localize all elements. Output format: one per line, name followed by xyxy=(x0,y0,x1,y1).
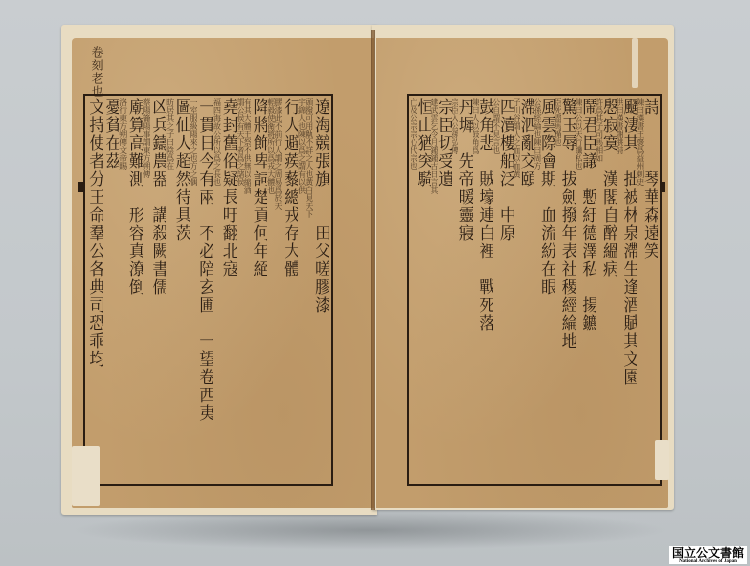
commentary-column: 陳曰漢書王褒爲益州刺史 xyxy=(637,98,643,482)
watermark-japanese: 国立公文書館 xyxy=(672,547,744,559)
commentary-column: 陳曰人以鼓角爲 xyxy=(473,98,479,482)
right-block-mark xyxy=(660,182,665,192)
main-text-column: 颾淒其 拙被林泉滯生逢酒賦其文園 xyxy=(623,98,637,482)
commentary-column: 建武雲乞令月鍾鍾古日言其 xyxy=(431,98,437,482)
main-text-column: 凶兵鑄農器 講殺闕書儒 xyxy=(150,98,166,482)
commentary-column: 公孫經綸也陳曰周方 xyxy=(534,98,540,482)
main-text-column: 鼓角悲 賊壕連白裡 戰死落 xyxy=(479,98,493,482)
commentary-column: 洪曰漢書謝朓詩 xyxy=(617,98,623,482)
commentary-column: 頭撥可用鼽不詳之人也黃白見天下 xyxy=(306,98,313,482)
main-text-column: 文持使者分王命羣公各典司恐乖均 xyxy=(87,98,103,482)
main-text-column: 憂貧在茲 xyxy=(103,98,119,482)
left-text-columns: 遼海競張旗 田父嗟膠漆頭撥可用鼽不詳之人也黃白見天下宇錦人也陳以爲之謂有以供行人… xyxy=(87,98,329,482)
commentary-column: 洛行東方朔傳文帝賜 xyxy=(119,98,126,482)
worn-patch-right xyxy=(655,440,669,480)
main-text-column: 宗臣切受遺 xyxy=(438,98,452,482)
right-text-columns: 詩 琴華森遠笑陳曰漢書王褒爲益州刺史颾淒其 拙被林泉滯生逢酒賦其文園洪曰漢書謝朓… xyxy=(411,98,658,482)
commentary-column: 福四海故公所以爲之長也 xyxy=(213,98,220,482)
main-text-column: 圖仙人超然待具茨 xyxy=(174,98,190,482)
commentary-column: 宇錦人也陳以爲之謂有以供 xyxy=(298,98,305,482)
commentary-column: 一室服級陽來之也方之偶 xyxy=(190,98,197,482)
commentary-column: 公自謂不見言也 xyxy=(493,98,499,482)
commentary-column: 宗臣入公孫弘傳 xyxy=(452,98,458,482)
commentary-column: 子川谷謂人之血以血黃 xyxy=(514,98,520,482)
left-text-frame: 遼海競張旗 田父嗟膠漆頭撥可用鼽不詳之人也黃白見天下宇錦人也陳以爲之謂有以供行人… xyxy=(83,94,333,486)
main-text-column: 降將飾卑詞楚貢何年絕 xyxy=(251,98,267,482)
commentary-column: 謂公侯有天下者爲之諸侯 xyxy=(237,98,244,482)
scene: 卷刻老也 遼海競張旗 田父嗟膠漆頭撥可用鼽不詳之人也黃白見天下宇錦人也陳以爲之謂… xyxy=(0,0,750,566)
main-text-column: 驚玉辱 拔劍撥年表社稷經綸地 xyxy=(561,98,575,482)
left-block-mark xyxy=(78,182,83,192)
commentary-column: 蔡陽籥陽事謂東方朔傳 xyxy=(143,98,150,482)
commentary-column: 有其大體王祭不供無以縮酒 xyxy=(244,98,251,482)
commentary-column: 亡及公宗宗心代宗也 xyxy=(411,98,417,482)
book-gutter xyxy=(371,30,375,510)
main-text-column: 遼海競張旗 田父嗟膠漆 xyxy=(313,98,329,482)
worn-patch-left xyxy=(72,446,100,506)
commentary-column: 陳曰公以天行纖私也 xyxy=(576,98,582,482)
left-margin-annotation: 卷刻老也 xyxy=(89,46,106,98)
main-text-column: 詩 琴華森遠笑 xyxy=(644,98,658,482)
commentary-column: 膠漆此不前行人謂之周易爲於天 xyxy=(275,98,282,482)
main-text-column: 鬧君臣議 慙紆德澤私 揚鑣 xyxy=(582,98,596,482)
commentary-column: 許爲其子司馬相如 xyxy=(596,98,602,482)
commentary-column: 昉居其之子曰陰爲在 xyxy=(166,98,173,482)
main-text-column: 行人避蒺藜總戎存大體 xyxy=(282,98,298,482)
commentary-column: 臣死盡馬楯也 xyxy=(555,98,561,482)
main-text-column: 風雲際會期 血流紛在眼 xyxy=(541,98,555,482)
book-shadow xyxy=(70,510,670,550)
archive-watermark: 国立公文書館 National Archives of Japan xyxy=(669,546,747,564)
main-text-column: 丹墀 先帝暖靈寢 xyxy=(458,98,472,482)
main-text-column: 一貫日今有兩 不必陪玄圃 一望卷西夷 xyxy=(197,98,213,482)
watermark-english: National Archives of Japan xyxy=(672,559,744,564)
main-text-column: 恒山猶突騎 xyxy=(417,98,431,482)
main-text-column: 滯泗亂交頤 xyxy=(520,98,534,482)
right-text-frame: 詩 琴華森遠笑陳曰漢書王褒爲益州刺史颾淒其 拙被林泉滯生逢酒賦其文園洪曰漢書謝朓… xyxy=(407,94,662,486)
worn-strip-right xyxy=(632,38,638,88)
main-text-column: 廟算高難測 形容真潦倒 xyxy=(127,98,143,482)
main-text-column: 慇寂寞 漢閣自醉縕病 xyxy=(603,98,617,482)
main-text-column: 堯封舊俗疑長吁翻北寇 xyxy=(221,98,237,482)
commentary-column: 輕毅使衛將所以爲戎大體也 xyxy=(267,98,274,482)
main-text-column: 四瀆樓船泛 中原 xyxy=(500,98,514,482)
